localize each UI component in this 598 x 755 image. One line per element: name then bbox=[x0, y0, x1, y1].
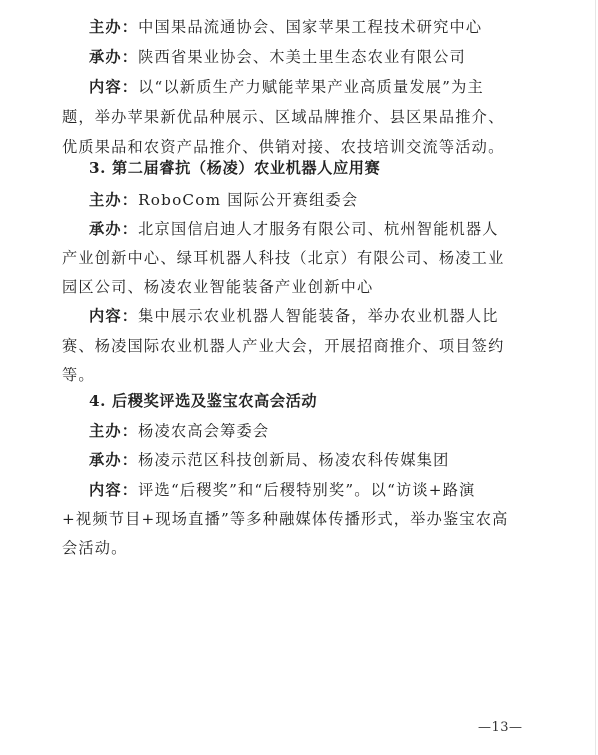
organizer-text: 北京国信启迪人才服务有限公司、杭州智能机器人 bbox=[138, 220, 499, 238]
organizer-line: 园区公司、杨凌农业智能装备产业创新中心 bbox=[62, 277, 373, 297]
organizer-label: 承办： bbox=[89, 451, 138, 469]
document-page: 主办：中国果品流通协会、国家苹果工程技术研究中心 承办：陕西省果业协会、木美土里… bbox=[0, 0, 598, 755]
sponsor-label: 主办： bbox=[89, 18, 138, 36]
content-line: 等。 bbox=[62, 365, 95, 385]
content-line: 会活动。 bbox=[62, 538, 128, 558]
content-line: +视频节目+现场直播”等多种融媒体传播形式，举办鉴宝农高 bbox=[62, 509, 509, 529]
organizer-line: 承办：杨凌示范区科技创新局、杨凌农科传媒集团 bbox=[89, 450, 450, 470]
sponsor-label: 主办： bbox=[89, 191, 138, 209]
organizer-label: 承办： bbox=[89, 48, 138, 66]
sponsor-line: 主办：杨凌农高会筹委会 bbox=[89, 421, 269, 441]
organizer-text: 陕西省果业协会、木美土里生态农业有限公司 bbox=[138, 48, 466, 66]
organizer-text: 杨凌示范区科技创新局、杨凌农科传媒集团 bbox=[138, 451, 449, 469]
content-text: 集中展示农业机器人智能装备，举办农业机器人比 bbox=[138, 307, 499, 325]
content-line: 优质果品和农资产品推介、供销对接、农技培训交流等活动。 bbox=[62, 137, 504, 157]
content-line: 内容：集中展示农业机器人智能装备，举办农业机器人比 bbox=[89, 306, 499, 326]
organizer-label: 承办： bbox=[89, 220, 138, 238]
content-label: 内容： bbox=[89, 481, 138, 499]
organizer-line: 承办：陕西省果业协会、木美土里生态农业有限公司 bbox=[89, 47, 466, 67]
sponsor-text: RoboCom 国际公开赛组委会 bbox=[138, 191, 358, 209]
organizer-line: 产业创新中心、绿耳机器人科技（北京）有限公司、杨凌工业 bbox=[62, 248, 504, 268]
content-text: 以“以新质生产力赋能苹果产业高质量发展”为主 bbox=[138, 78, 484, 96]
content-line: 题，举办苹果新优品种展示、区域品牌推介、县区果品推介、 bbox=[62, 107, 504, 127]
content-label: 内容： bbox=[89, 307, 138, 325]
organizer-line: 承办：北京国信启迪人才服务有限公司、杭州智能机器人 bbox=[89, 219, 499, 239]
sponsor-text: 中国果品流通协会、国家苹果工程技术研究中心 bbox=[138, 18, 482, 36]
page-edge bbox=[595, 0, 596, 755]
sponsor-text: 杨凌农高会筹委会 bbox=[138, 422, 269, 440]
sponsor-line: 主办：中国果品流通协会、国家苹果工程技术研究中心 bbox=[89, 17, 482, 37]
content-text: 评选“后稷奖”和“后稷特别奖”。以“访谈+路演 bbox=[138, 481, 475, 499]
sponsor-label: 主办： bbox=[89, 422, 138, 440]
content-label: 内容： bbox=[89, 78, 138, 96]
content-line: 赛、杨凌国际农业机器人产业大会，开展招商推介、项目签约 bbox=[62, 336, 504, 356]
page-number: —13— bbox=[478, 720, 523, 735]
content-line: 内容：以“以新质生产力赋能苹果产业高质量发展”为主 bbox=[89, 77, 484, 97]
content-line: 内容：评选“后稷奖”和“后稷特别奖”。以“访谈+路演 bbox=[89, 480, 476, 500]
sponsor-line: 主办：RoboCom 国际公开赛组委会 bbox=[89, 190, 358, 210]
section-heading: 4. 后稷奖评选及鉴宝农高会活动 bbox=[89, 391, 317, 411]
section-heading: 3. 第二届睿抗（杨凌）农业机器人应用赛 bbox=[89, 158, 380, 178]
